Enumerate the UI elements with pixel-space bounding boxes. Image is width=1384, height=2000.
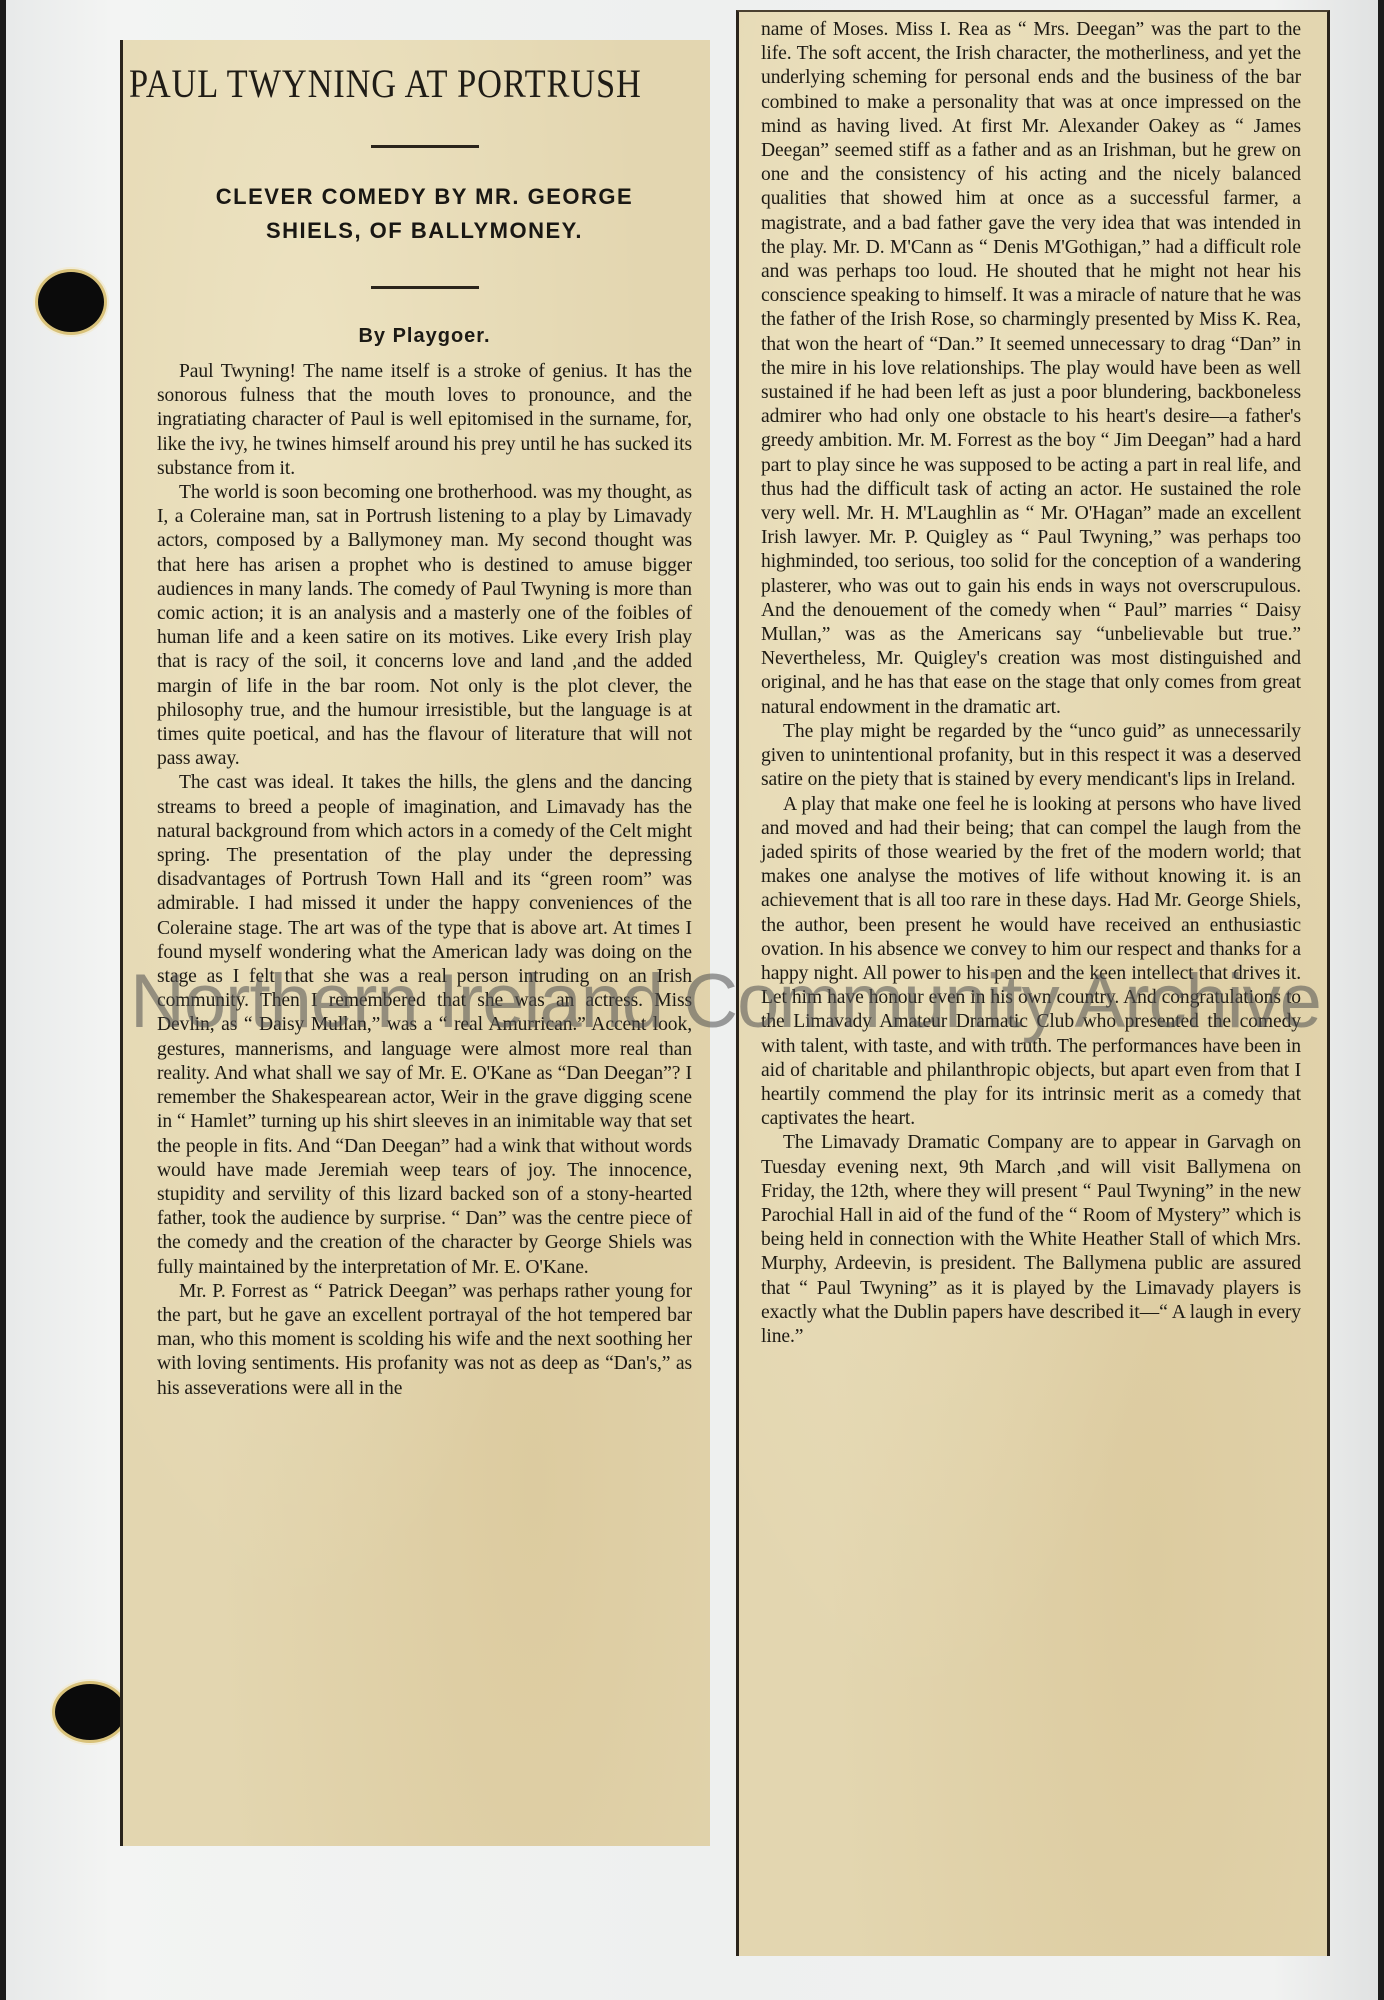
paragraph: Mr. P. Forrest as “ Patrick Deegan” was …: [157, 1280, 692, 1401]
paragraph-continued: name of Moses. Miss I. Rea as “ Mrs. Dee…: [761, 18, 1301, 720]
subheadline-line-1: CLEVER COMEDY BY MR. GEORGE: [157, 180, 692, 214]
article-body-right: name of Moses. Miss I. Rea as “ Mrs. Dee…: [761, 18, 1301, 1349]
paragraph: The play might be regarded by the “unco …: [761, 720, 1301, 793]
paragraph: A play that make one feel he is looking …: [761, 793, 1301, 1132]
subheadline-line-2: SHIELS, OF BALLYMONEY.: [157, 214, 692, 248]
clipping-right-column: name of Moses. Miss I. Rea as “ Mrs. Dee…: [736, 10, 1330, 1956]
heading-rule: [371, 145, 479, 148]
page-edge-right: [1378, 0, 1384, 2000]
paragraph: The Limavady Dramatic Company are to app…: [761, 1131, 1301, 1349]
punch-hole-top: [38, 272, 104, 332]
byline: By Playgoer.: [157, 325, 692, 348]
punch-hole-bottom: [55, 1684, 125, 1740]
headline: PAUL TWYNING AT PORTRUSH: [129, 60, 613, 107]
paragraph: The world is soon becoming one brotherho…: [157, 481, 692, 771]
page-edge-left: [0, 0, 6, 2000]
paragraph: The cast was ideal. It takes the hills, …: [157, 771, 692, 1279]
heading-rule: [371, 286, 479, 289]
article-body-left: Paul Twyning! The name itself is a strok…: [157, 360, 692, 1401]
subheadline: CLEVER COMEDY BY MR. GEORGE SHIELS, OF B…: [157, 180, 692, 248]
clipping-left-column: PAUL TWYNING AT PORTRUSH CLEVER COMEDY B…: [120, 40, 710, 1846]
paragraph: Paul Twyning! The name itself is a strok…: [157, 360, 692, 481]
